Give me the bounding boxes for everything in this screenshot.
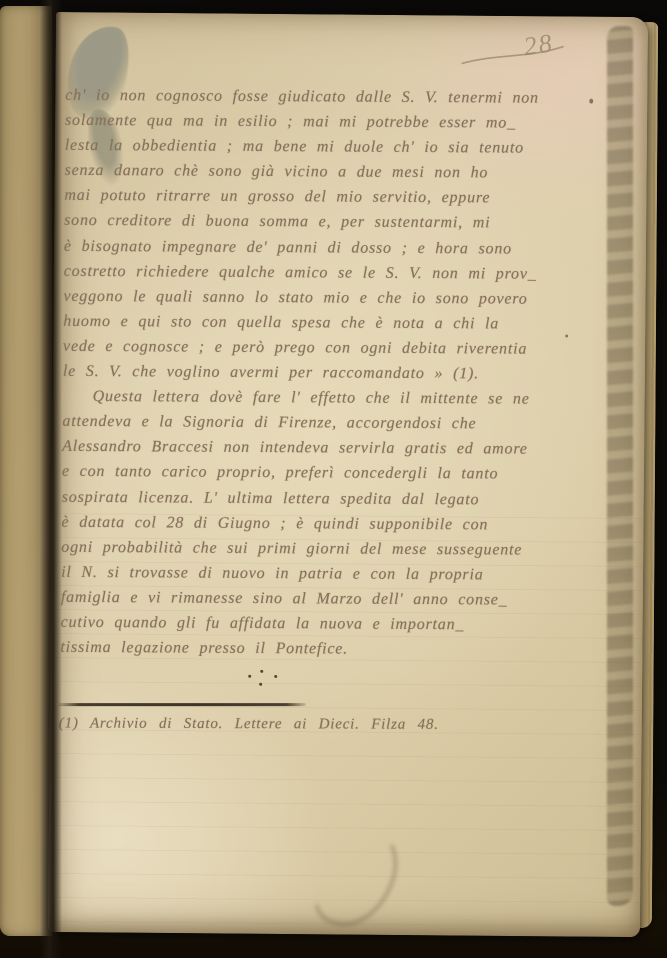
handwritten-line: vede e cognosce ; e però prego con ogni … [63,334,615,362]
handwritten-line: ch' io non cognosco fosse giudicato dall… [65,83,617,111]
section-divider-dots [246,666,282,686]
handwritten-line: famiglia e vi rimanesse sino al Marzo de… [61,585,613,613]
handwritten-line: attendeva e la Signoria di Firenze, acco… [62,409,614,437]
handwritten-line: il N. si trovasse di nuovo in patria e c… [61,560,613,588]
dot [248,675,251,678]
dot [259,683,262,686]
handwritten-text-block: ch' io non cognosco fosse giudicato dall… [60,82,617,664]
handwritten-line: le S. V. che voglino avermi per raccoman… [63,359,615,387]
handwritten-line: lesta la obbedientia ; ma bene mi duole … [65,133,617,161]
page-number-value: 28 [522,28,556,62]
handwritten-line: solamente qua ma in esilio ; mai mi potr… [65,108,617,136]
page-number: 28 [459,24,589,77]
handwritten-line: veggono le quali sanno lo stato mio e ch… [63,284,615,312]
handwritten-line: sono creditore di buona somma e, per sus… [64,208,616,236]
handwritten-line: Questa lettera dovè fare l' effetto che … [63,384,615,412]
footnote-text: (1) Archivio di Stato. Lettere ai Dieci.… [59,715,599,734]
handwritten-line: Alessandro Braccesi non intendeva servir… [62,434,614,462]
handwritten-line: è bisognato impegnare de' panni di dosso… [64,233,616,261]
manuscript-scan: 28 ch' io non cognosco fosse giudicato d… [0,0,667,958]
footnote-rule [59,703,306,706]
manuscript-page: 28 ch' io non cognosco fosse giudicato d… [48,12,648,937]
book-gutter-shadow [40,0,62,958]
paper-speck [589,99,593,104]
fore-edge-wear [607,26,633,906]
handwritten-line: ogni probabilità che sui primi giorni de… [61,534,613,562]
handwritten-line: sospirata licenza. L' ultima lettera spe… [62,484,614,512]
paper-speck [565,334,568,337]
ink-smudge [299,811,409,939]
dot [274,675,277,678]
handwritten-line: cutivo quando gli fu affidata la nuova e… [61,610,613,638]
handwritten-line: tissima legazione presso il Pontefice. [60,635,612,663]
handwritten-line: e con tanto carico proprio, preferì conc… [62,459,614,487]
handwritten-line: senza danaro chè sono già vicino a due m… [65,158,617,186]
handwritten-line: costretto richiedere qualche amico se le… [64,258,616,286]
handwritten-line: è datata col 28 di Giugno ; è quindi sup… [61,509,613,537]
dot [260,670,263,673]
handwritten-line: huomo e qui sto con quella spesa che è n… [63,309,615,337]
